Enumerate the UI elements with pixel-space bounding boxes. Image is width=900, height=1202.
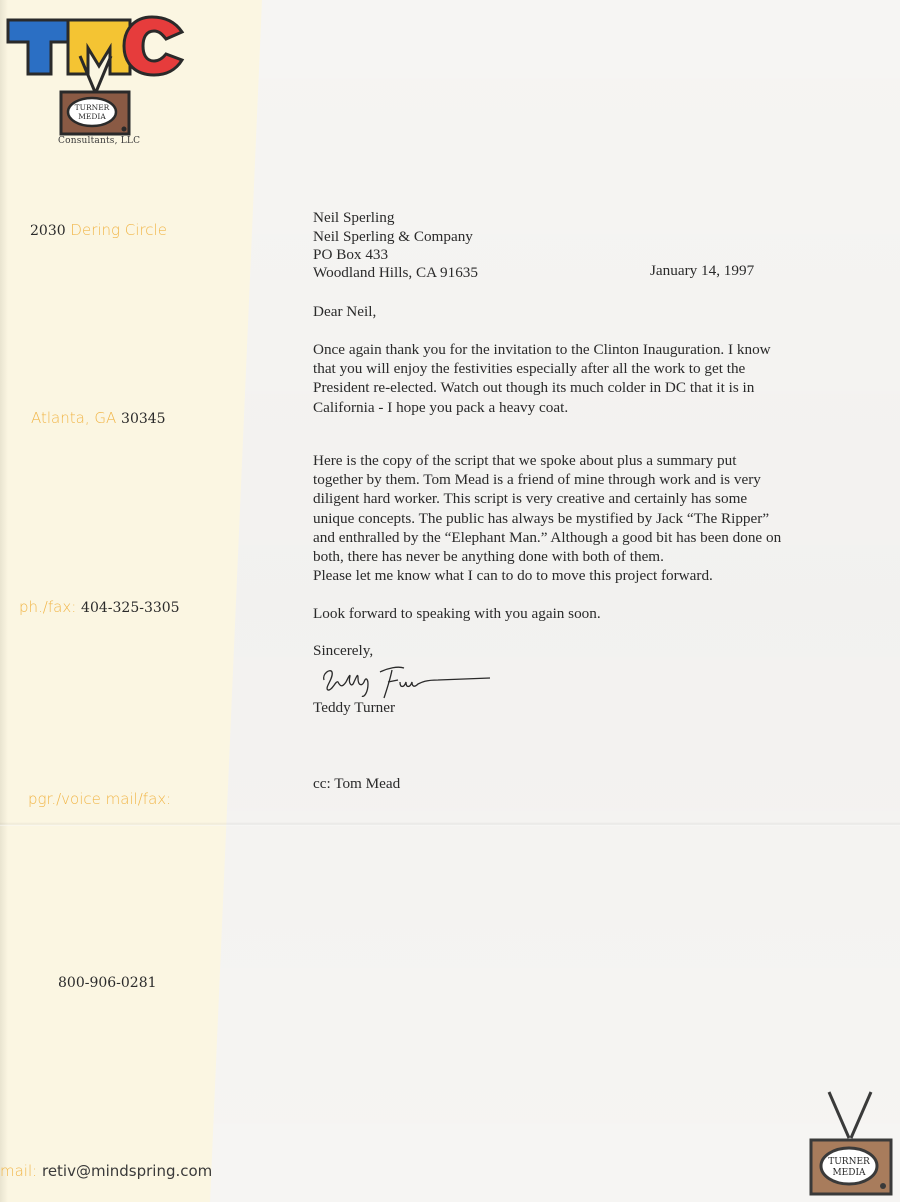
street-number: 2030 xyxy=(30,223,66,239)
paper-fold xyxy=(0,822,900,826)
scan-edge xyxy=(0,0,8,1202)
logo-letter-c xyxy=(124,17,182,75)
logo-letter-m xyxy=(68,20,130,74)
pager-number: 800-906-0281 xyxy=(58,975,157,991)
recipient-name: Neil Sperling xyxy=(313,209,394,227)
street-name: Dering Circle xyxy=(70,221,167,239)
paragraph-2: Here is the copy of the script that we s… xyxy=(313,451,783,566)
paragraph-1: Once again thank you for the invitation … xyxy=(313,340,783,417)
letter-date: January 14, 1997 xyxy=(650,262,754,280)
svg-text:MEDIA: MEDIA xyxy=(832,1168,866,1178)
svg-text:TURNER: TURNER xyxy=(75,103,110,112)
pager-label: pgr./voice mail/fax: xyxy=(28,790,171,808)
signer-name: Teddy Turner xyxy=(313,699,395,717)
phone-number: 404-325-3305 xyxy=(81,600,180,616)
city-state: Atlanta, GA xyxy=(31,409,116,427)
email-line: mail: retiv@mindspring.com xyxy=(0,1162,212,1180)
phone-line: ph./fax: 404-325-3305 xyxy=(19,598,180,616)
tmc-logo: TURNER MEDIA xyxy=(4,12,189,152)
address-street: 2030 Dering Circle xyxy=(30,221,167,239)
paragraph-4: Look forward to speaking with you again … xyxy=(313,604,783,623)
cc-line: cc: Tom Mead xyxy=(313,775,400,793)
address-city: Atlanta, GA 30345 xyxy=(31,409,166,427)
svg-text:MEDIA: MEDIA xyxy=(78,112,106,121)
paragraph-3: Please let me know what I can to do to m… xyxy=(313,566,783,585)
recipient-city: Woodland Hills, CA 91635 xyxy=(313,264,478,282)
pager-line: 800-906-0281 xyxy=(58,973,157,991)
signature xyxy=(318,658,498,700)
logo-letter-t xyxy=(8,20,70,74)
email-label: mail: xyxy=(0,1162,37,1180)
recipient-company: Neil Sperling & Company xyxy=(313,228,473,246)
zip-code: 30345 xyxy=(121,411,166,427)
svg-text:TURNER: TURNER xyxy=(828,1157,870,1167)
phone-label: ph./fax: xyxy=(19,598,76,616)
antenna-icon xyxy=(829,1092,849,1138)
email-address: retiv@mindspring.com xyxy=(42,1162,212,1180)
salutation: Dear Neil, xyxy=(313,303,376,321)
pager-label-line: pgr./voice mail/fax: xyxy=(28,790,171,808)
turner-media-tv-logo: TURNER MEDIA xyxy=(805,1088,897,1198)
logo-subtitle: Consultants, LLC xyxy=(58,136,140,146)
recipient-po-box: PO Box 433 xyxy=(313,246,388,264)
